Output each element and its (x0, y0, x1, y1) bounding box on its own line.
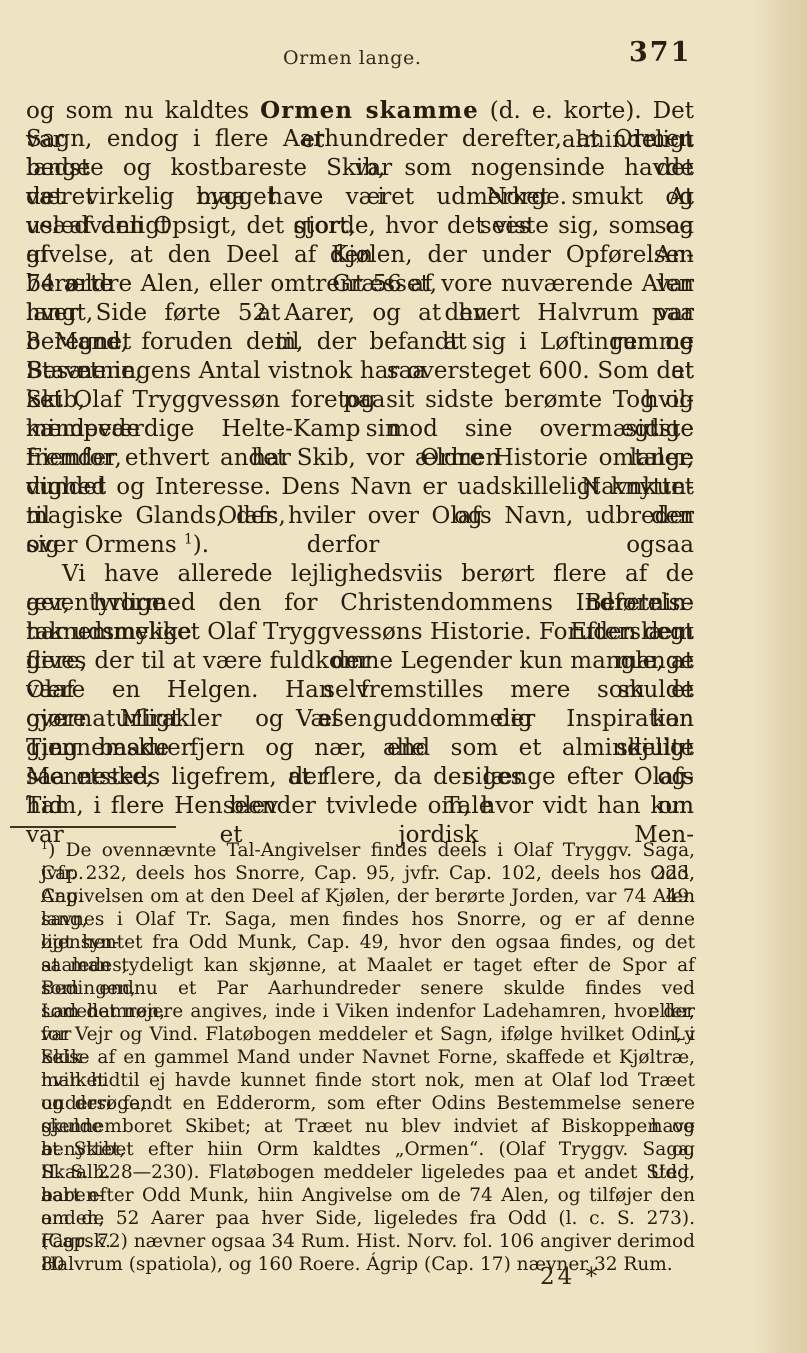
text-line: jvfr. 232, deels hos Snorre, Cap. 95, jv… (41, 862, 695, 885)
text-line: 8 Mand, foruden dem, der befandt sig i L… (26, 328, 694, 357)
text-line: savnes i Olaf Tr. Saga, men findes hos S… (41, 908, 695, 931)
text-line: 74 ældre Alen, eller omtrent 56 af vore … (26, 270, 694, 299)
text-line: Ting baade fjern og nær, end som et almi… (26, 734, 694, 763)
text-line: at Skibet efter hiin Orm kaldtes „Ormen“… (41, 1138, 695, 1161)
text-line: (Cap. 72) nævner ogsaa 34 Rum. Hist. Nor… (41, 1230, 695, 1253)
text-line: ket Olaf Tryggvessøn foretog sit sidste … (26, 386, 694, 415)
text-segment: og som nu kaldtes (26, 98, 260, 124)
signature-mark: 24 * (540, 1264, 600, 1290)
text-line: Sagn, endog i flere Aarhundreder derefte… (26, 125, 694, 154)
footnote: 1) De ovennævnte Tal-Angivelser findes d… (41, 839, 695, 1276)
text-segment: ). (193, 532, 209, 558)
text-line: og som nu kaldtes Ormen skamme (d. e. ko… (26, 96, 694, 125)
text-line: dighed og Interesse. Dens Navn er uadski… (26, 473, 694, 502)
text-line: for Vejr og Vind. Flatøbogen meddeler et… (41, 1023, 695, 1046)
text-line: være en Helgen. Han fremstilles mere som… (26, 676, 694, 705)
text-line: ger, hvormed den for Christendommens Ind… (26, 589, 694, 618)
text-line: vel af den Opsigt, det gjorde, hvor det … (26, 212, 694, 241)
text-line: Vi have allerede lejlighedsviis berørt f… (26, 560, 694, 589)
text-line: flere, der til at være fuldkomne Legende… (26, 647, 694, 676)
text-line: som det nøjere angives, inde i Viken ind… (41, 1000, 695, 1023)
text-line: bart efter Odd Munk, hiin Angivelse om d… (41, 1184, 695, 1207)
page-number: 371 (629, 37, 691, 68)
footnote-separator (10, 826, 176, 828)
book-page: Ormen lange. 371 og som nu kaldtes Ormen… (0, 0, 807, 1353)
text-line: det virkelig maa have været udmerket smu… (26, 183, 694, 212)
running-title: Ormen lange. (283, 47, 421, 69)
page-edge-shading (755, 0, 807, 1353)
emphasized-text: Ormen skamme (260, 97, 479, 124)
text-line: gjøre Mirakler og af guddommelig Inspira… (26, 705, 694, 734)
footnote-reference: 1 (41, 839, 48, 852)
text-line: at man tydeligt kan skjønne, at Maalet e… (41, 954, 695, 977)
text-line: II. S. 228—230). Flatøbogen meddeler lig… (41, 1161, 695, 1184)
text-line: Angivelsen om at den Deel af Kjølen, der… (41, 885, 695, 908)
text-line: saa etsteds ligefrem, at flere, da der l… (26, 763, 694, 792)
text-line: 1) De ovennævnte Tal-Angivelser findes d… (41, 839, 695, 862)
text-line: som endnu et Par Aarhundreder senere sku… (41, 977, 695, 1000)
text-line: mindeværdige Helte-Kamp mod sine overmæg… (26, 415, 694, 444)
text-line: bedste og kostbareste Skib, som nogensin… (26, 154, 694, 183)
footnote-reference: 1 (184, 531, 193, 547)
text-line: man hidtil ej havde kunnet finde stort n… (41, 1069, 695, 1092)
text-line: ligt hentet fra Odd Munk, Cap. 49, hvor … (41, 931, 695, 954)
text-segment: over Ormens (26, 532, 184, 558)
text-line: gjennemboret Skibet; at Træet nu blev in… (41, 1115, 695, 1138)
text-line: givelse, at den Deel af Kjølen, der unde… (26, 241, 694, 270)
text-line: kelse af en gammel Mand under Navnet For… (41, 1046, 695, 1069)
text-line: og deri fandt en Edderorm, som efter Odi… (41, 1092, 695, 1115)
text-line: Besætningens Antal vistnok har overstege… (26, 357, 694, 386)
text-line: magiske Glands, der hviler over Olafs Na… (26, 502, 694, 531)
text-line: om de 52 Aarer paa hver Side, ligeledes … (41, 1207, 695, 1230)
text-line: ham, i flere Henseender tvivlede om, hvo… (26, 792, 694, 821)
text-line: fremfor ethvert andet Skib, vor ældre Hi… (26, 444, 694, 473)
body-text: og som nu kaldtes Ormen skamme (d. e. ko… (26, 96, 694, 821)
text-line: hver Side førte 52 Aarer, og at hvert Ha… (26, 299, 694, 328)
text-line: har udsmykket Olaf Tryggvessøns Historie… (26, 618, 694, 647)
